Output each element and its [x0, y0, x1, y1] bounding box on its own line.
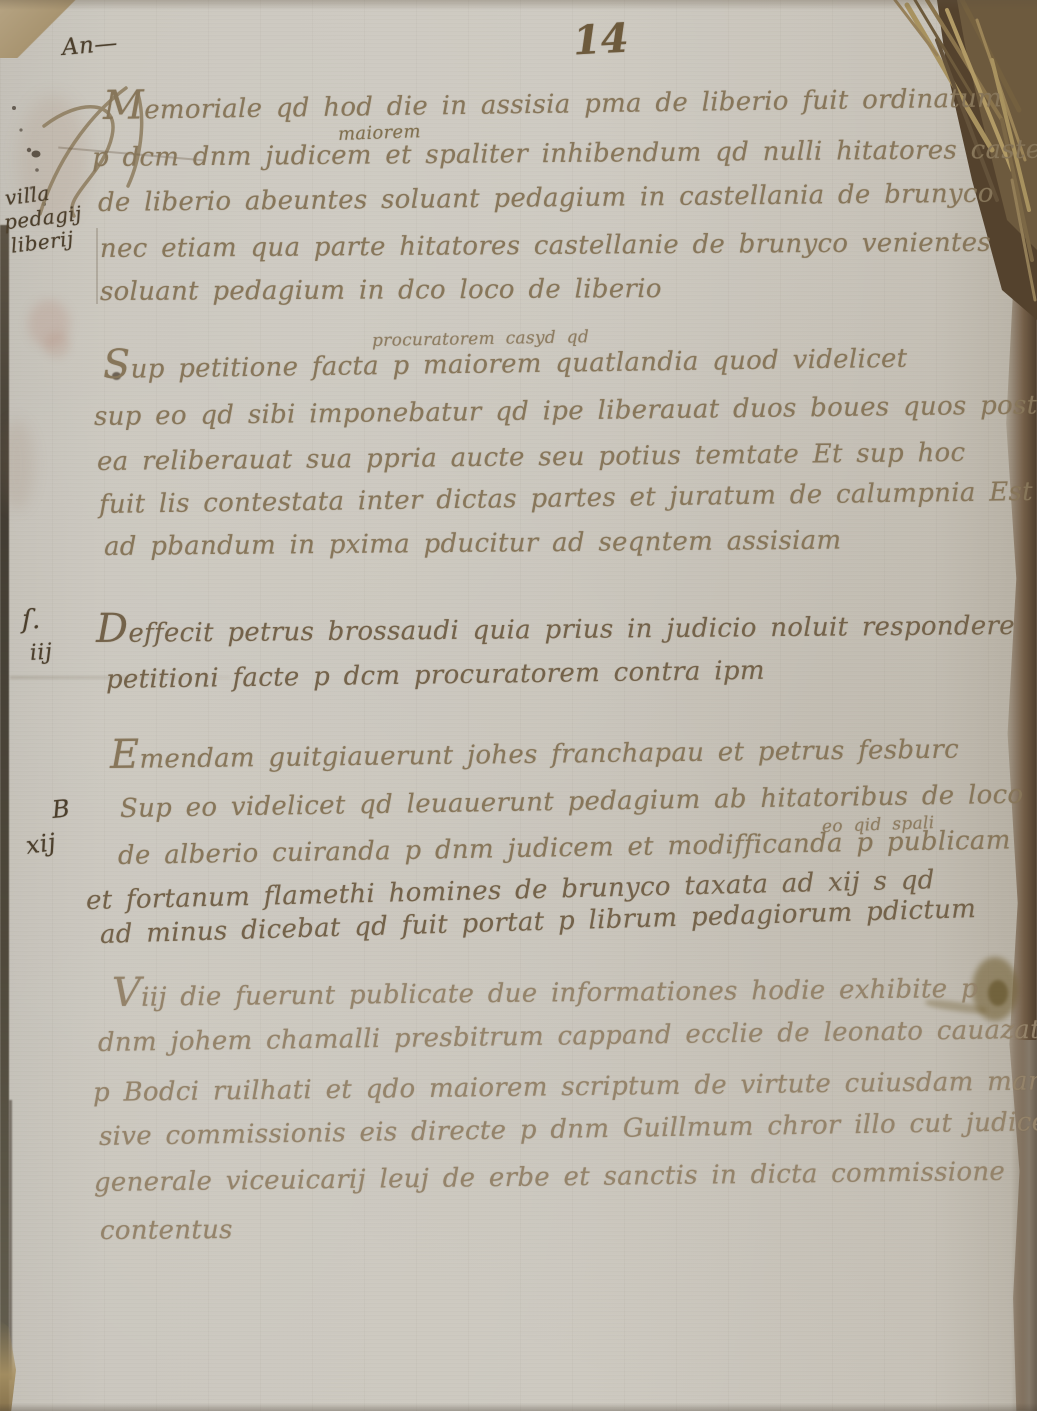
- manuscript-line: generale viceuicarij leuj de erbe et san…: [94, 1157, 1006, 1198]
- top-edge-shadow: [0, 0, 1037, 10]
- red-smudge-small: [44, 332, 70, 358]
- manuscript-page: 14 An— villa pedagij liberij ſ. iij B xi…: [0, 0, 1037, 1411]
- ink-stain-core: [988, 980, 1008, 1006]
- margin-mark-1-top: ſ.: [22, 608, 41, 632]
- manuscript-line: ea reliberauat sua ppria aucte seu potiu…: [97, 438, 966, 477]
- manuscript-line: de alberio cuiranda p dnm judicem et mod…: [118, 825, 1011, 871]
- manuscript-line: fuit lis contestata inter dictas partes …: [99, 477, 1033, 520]
- binding-fiber-bottom-left: [0, 1320, 16, 1411]
- manuscript-line: sup eo qd sibi imponebatur qd ipe libera…: [94, 390, 1037, 432]
- ink-stain-olive: [972, 957, 1018, 1021]
- left-page-edge: [0, 225, 9, 1411]
- margin-mark-2-top: B: [51, 796, 72, 822]
- manuscript-line: ad pbandum in pxima pducitur ad seqntem …: [104, 526, 842, 562]
- manuscript-line: contentus: [100, 1215, 233, 1246]
- manuscript-line: soluant pedagium in dco loco de liberio: [100, 274, 662, 307]
- manuscript-line: Viij die fuerunt publicate due informati…: [112, 974, 978, 1013]
- folio-number: 14: [572, 15, 630, 65]
- bottom-edge-shadow: [0, 1403, 1037, 1411]
- manuscript-line: nec etiam qua parte hitatores castellani…: [100, 228, 991, 264]
- manuscript-line: petitioni facte p dcm procuratorem contr…: [106, 656, 765, 695]
- margin-mark-1-bottom: iij: [29, 640, 53, 666]
- manuscript-line: Emendam guitgiauerunt johes franchapau e…: [110, 735, 959, 775]
- manuscript-line: p Bodci ruilhati et qdo maiorem scriptum…: [93, 1066, 1037, 1108]
- red-smudge: [28, 300, 70, 348]
- interlinear-insert: procuratorem casyd qd: [372, 327, 589, 351]
- manuscript-line: Deffecit petrus brossaudi quia prius in …: [96, 611, 1015, 649]
- margin-gloss: villa pedagij liberij: [4, 177, 86, 258]
- manuscript-line: Sup petitione facta p maiorem quatlandia…: [103, 344, 908, 385]
- manuscript-line: sive commissionis eis directe p dnm Guil…: [99, 1107, 1037, 1152]
- margin-divider-line: [96, 228, 98, 304]
- margin-note-top: An—: [61, 31, 119, 60]
- manuscript-line: dnm johem chamalli presbitrum cappand ec…: [98, 1015, 1037, 1058]
- margin-mark-2-bottom: xij: [24, 830, 57, 858]
